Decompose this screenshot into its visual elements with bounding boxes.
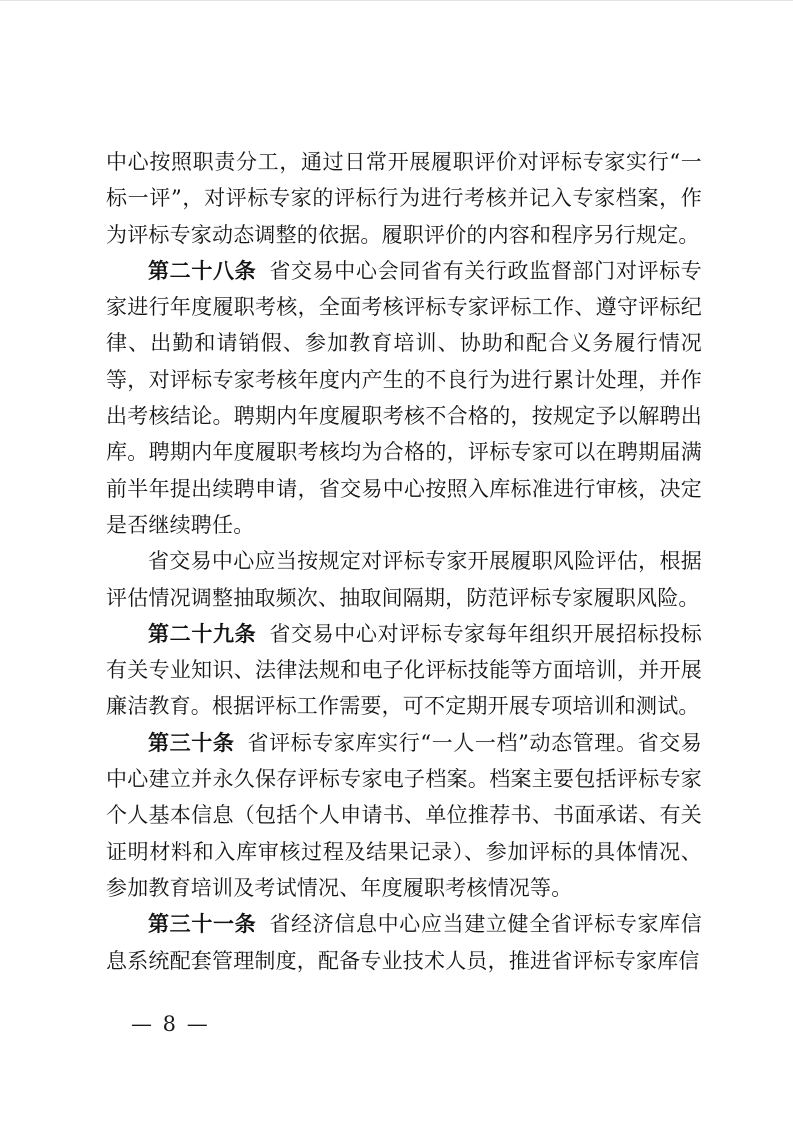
paragraph-article-30: 第三十条省评标专家库实行“一人一档”动态管理。省交易中心建立并永久保存评标专家电…: [106, 725, 702, 906]
paragraph-article-28: 第二十八条省交易中心会同省有关行政监督部门对评标专家进行年度履职考核，全面考核评…: [106, 253, 702, 543]
paragraph-continuation: 中心按照职责分工，通过日常开展履职评价对评标专家实行“一标一评”，对评标专家的评…: [106, 144, 702, 253]
paragraph-text: 中心按照职责分工，通过日常开展履职评价对评标专家实行“一标一评”，对评标专家的评…: [106, 150, 702, 247]
paragraph-text: 省评标专家库实行“一人一档”动态管理。省交易中心建立并永久保存评标专家电子档案。…: [106, 731, 702, 900]
paragraph-text: 省交易中心会同省有关行政监督部门对评标专家进行年度履职考核，全面考核评标专家评标…: [106, 259, 702, 537]
article-30-heading: 第三十条: [148, 730, 234, 755]
paragraph-article-29: 第二十九条省交易中心对评标专家每年组织开展招标投标有关专业知识、法律法规和电子化…: [106, 616, 702, 725]
document-page: 中心按照职责分工，通过日常开展履职评价对评标专家实行“一标一评”，对评标专家的评…: [0, 0, 793, 1122]
document-body: 中心按照职责分工，通过日常开展履职评价对评标专家实行“一标一评”，对评标专家的评…: [106, 144, 702, 979]
page-number: — 8 —: [131, 1009, 210, 1039]
paragraph-article-31: 第三十一条省经济信息中心应当建立健全省评标专家库信息系统配套管理制度，配备专业技…: [106, 906, 702, 979]
article-31-heading: 第三十一条: [148, 911, 256, 936]
article-28-heading: 第二十八条: [148, 258, 256, 283]
paragraph-risk-assessment: 省交易中心应当按规定对评标专家开展履职风险评估，根据评估情况调整抽取频次、抽取间…: [106, 543, 702, 616]
article-29-heading: 第二十九条: [148, 621, 256, 646]
paragraph-text: 省交易中心应当按规定对评标专家开展履职风险评估，根据评估情况调整抽取频次、抽取间…: [106, 549, 702, 609]
